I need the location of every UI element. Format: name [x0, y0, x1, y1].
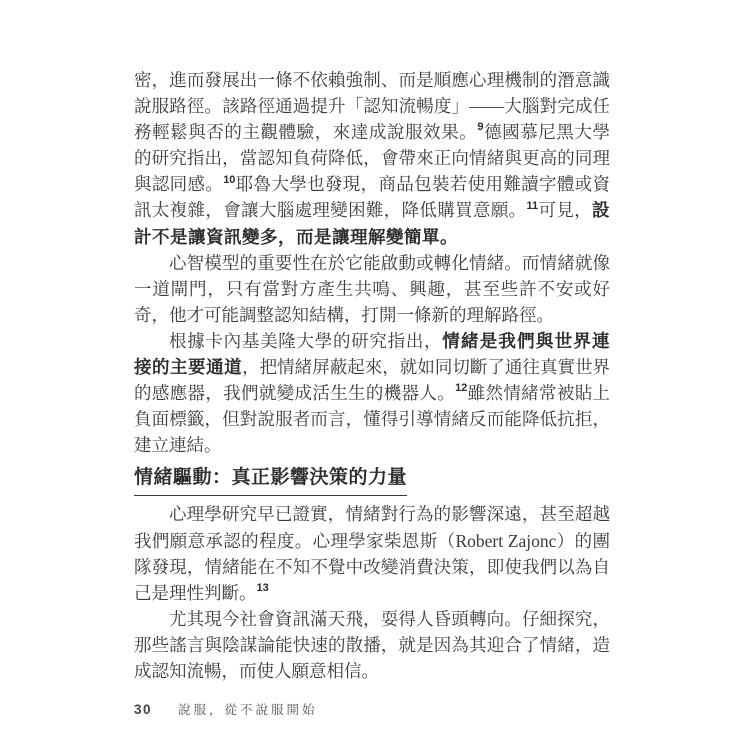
running-title: 說服，從不說服開始	[178, 700, 318, 718]
book-page: 密，進而發展出一條不依賴強制、而是順應心理機制的潛意識說服路徑。該路徑通過提升「…	[0, 0, 750, 750]
paragraph-4: 心理學研究早已證實，情緒對行為的影響深遠，甚至超越我們願意承認的程度。心理學家柴…	[134, 501, 610, 605]
paragraph-5: 尤其現今社會資訊滿天飛，耍得人昏頭轉向。仔細探究，那些謠言與陰謀論能快速的散播，…	[134, 606, 610, 684]
body-text: 可見，	[538, 200, 592, 220]
page-footer: 30 說服，從不說服開始	[134, 700, 318, 718]
body-text: 根據卡內基美隆大學的研究指出，	[169, 331, 442, 351]
text-block: 密，進而發展出一條不依賴強制、而是順應心理機制的潛意識說服路徑。該路徑通過提升「…	[134, 67, 610, 684]
footnote-ref-11: 11	[527, 200, 539, 212]
section-heading-text: 情緒驅動：真正影響決策的力量	[134, 465, 407, 496]
paragraph-1: 密，進而發展出一條不依賴強制、而是順應心理機制的潛意識說服路徑。該路徑通過提升「…	[134, 67, 610, 250]
footnote-ref-13: 13	[257, 582, 269, 594]
section-heading: 情緒驅動：真正影響決策的力量	[134, 465, 610, 496]
paragraph-3: 根據卡內基美隆大學的研究指出，情緒是我們與世界連接的主要通道，把情緒屏蔽起來，就…	[134, 328, 610, 458]
body-text: 心理學研究早已證實，情緒對行為的影響深遠，甚至超越我們願意承認的程度。心理學家柴…	[134, 504, 610, 602]
footnote-ref-9: 9	[477, 121, 483, 133]
body-text: 尤其現今社會資訊滿天飛，耍得人昏頭轉向。仔細探究，那些謠言與陰謀論能快速的散播，…	[134, 609, 610, 681]
body-text: 心智模型的重要性在於它能啟動或轉化情緒。而情緒就像一道閘門，只有當對方產生共鳴、…	[134, 253, 610, 325]
footnote-ref-12: 12	[455, 382, 467, 394]
footnote-ref-10: 10	[223, 174, 235, 186]
page-number: 30	[134, 702, 152, 717]
paragraph-2: 心智模型的重要性在於它能啟動或轉化情緒。而情緒就像一道閘門，只有當對方產生共鳴、…	[134, 250, 610, 328]
